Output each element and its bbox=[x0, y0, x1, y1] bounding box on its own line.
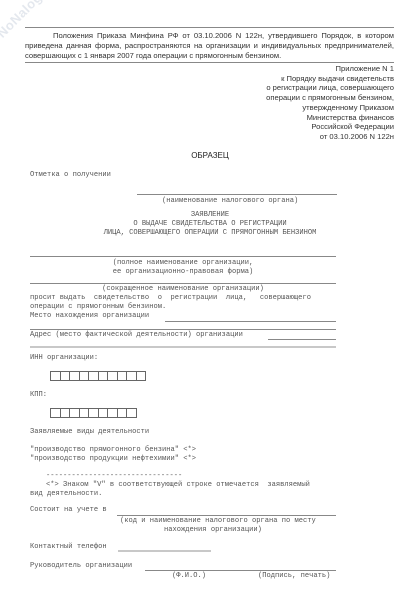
appendix-line: Министерства финансов bbox=[194, 113, 394, 123]
kpp-label: КПП: bbox=[30, 391, 47, 400]
form-title-1: ЗАЯВЛЕНИЕ bbox=[0, 211, 420, 220]
address-field-line-2[interactable] bbox=[30, 346, 336, 348]
signature-caption: (Подпись, печать) bbox=[258, 572, 330, 581]
registered-label: Состоит на учете в bbox=[30, 506, 107, 515]
short-name-caption: (сокращенное наименование организации) bbox=[0, 285, 366, 294]
appendix-line: о регистрации лица, совершающего bbox=[194, 83, 394, 93]
legal-notice: Положения Приказа Минфина РФ от 03.10.20… bbox=[25, 27, 394, 63]
request-text-1: просит выдать свидетельство о регистраци… bbox=[30, 294, 311, 303]
full-name-caption-1: (полное наименование организации, bbox=[0, 259, 366, 268]
address-field[interactable] bbox=[268, 339, 336, 340]
registered-field[interactable] bbox=[117, 515, 336, 516]
tax-authority-caption: (наименование налогового органа) bbox=[162, 197, 298, 206]
registered-caption-1: (код и наименование налогового органа по… bbox=[120, 517, 316, 526]
full-name-line[interactable] bbox=[30, 256, 336, 257]
appendix-line: операции с прямогонным бензином, bbox=[194, 93, 394, 103]
appendix-line: от 03.10.2006 N 122н bbox=[194, 132, 394, 142]
registered-caption-2: нахождения организации) bbox=[164, 526, 262, 535]
legal-notice-text: Положения Приказа Минфина РФ от 03.10.20… bbox=[25, 31, 394, 61]
form-title-2: О ВЫДАЧЕ СВИДЕТЕЛЬСТВА О РЕГИСТРАЦИИ bbox=[0, 220, 420, 229]
kpp-digit-box[interactable] bbox=[126, 408, 137, 418]
appendix-line: Приложение N 1 bbox=[194, 64, 394, 74]
request-text-2: операции с прямогонным бензином. bbox=[30, 303, 166, 312]
footnote-separator: -------------------------------- bbox=[46, 472, 182, 481]
receipt-mark-label: Отметка о получении bbox=[30, 171, 111, 180]
form-title-3: ЛИЦА, СОВЕРШАЮЩЕГО ОПЕРАЦИИ С ПРЯМОГОННЫ… bbox=[0, 229, 420, 238]
phone-label: Контактный телефон bbox=[30, 543, 107, 552]
activity-option-gasoline[interactable]: "производство прямогонного бензина" <*> bbox=[30, 446, 196, 455]
short-name-line[interactable] bbox=[30, 283, 336, 284]
footnote-text-2: вид деятельности. bbox=[30, 490, 102, 499]
fio-caption: (Ф.И.О.) bbox=[172, 572, 206, 581]
location-label: Место нахождения организации bbox=[30, 312, 149, 321]
activity-option-petrochemicals[interactable]: "производство продукции нефтехимии" <*> bbox=[30, 455, 196, 464]
phone-field[interactable] bbox=[118, 550, 211, 552]
sample-label: ОБРАЗЕЦ bbox=[0, 151, 420, 160]
activities-label: Заявляемые виды деятельности bbox=[30, 428, 149, 437]
head-label: Руководитель организации bbox=[30, 562, 132, 571]
appendix-line: к Порядку выдачи свидетельств bbox=[194, 74, 394, 84]
appendix-line: утвержденному Приказом bbox=[194, 103, 394, 113]
location-field-line-2[interactable] bbox=[30, 329, 336, 330]
tax-authority-line[interactable] bbox=[137, 194, 337, 195]
footnote-text-1: <*> Знаком "V" в соответствующей строке … bbox=[46, 481, 310, 490]
appendix-line: Российской Федерации bbox=[194, 122, 394, 132]
head-field[interactable] bbox=[145, 570, 336, 571]
address-label: Адрес (место фактической деятельности) о… bbox=[30, 331, 243, 340]
inn-label: ИНН организации: bbox=[30, 354, 98, 363]
full-name-caption-2: ее организационно-правовая форма) bbox=[0, 268, 366, 277]
inn-digit-box[interactable] bbox=[136, 371, 147, 381]
location-field[interactable] bbox=[165, 321, 336, 322]
appendix-header: Приложение N 1 к Порядку выдачи свидетел… bbox=[194, 64, 394, 142]
kpp-input[interactable] bbox=[50, 408, 136, 418]
inn-input[interactable] bbox=[50, 371, 145, 381]
